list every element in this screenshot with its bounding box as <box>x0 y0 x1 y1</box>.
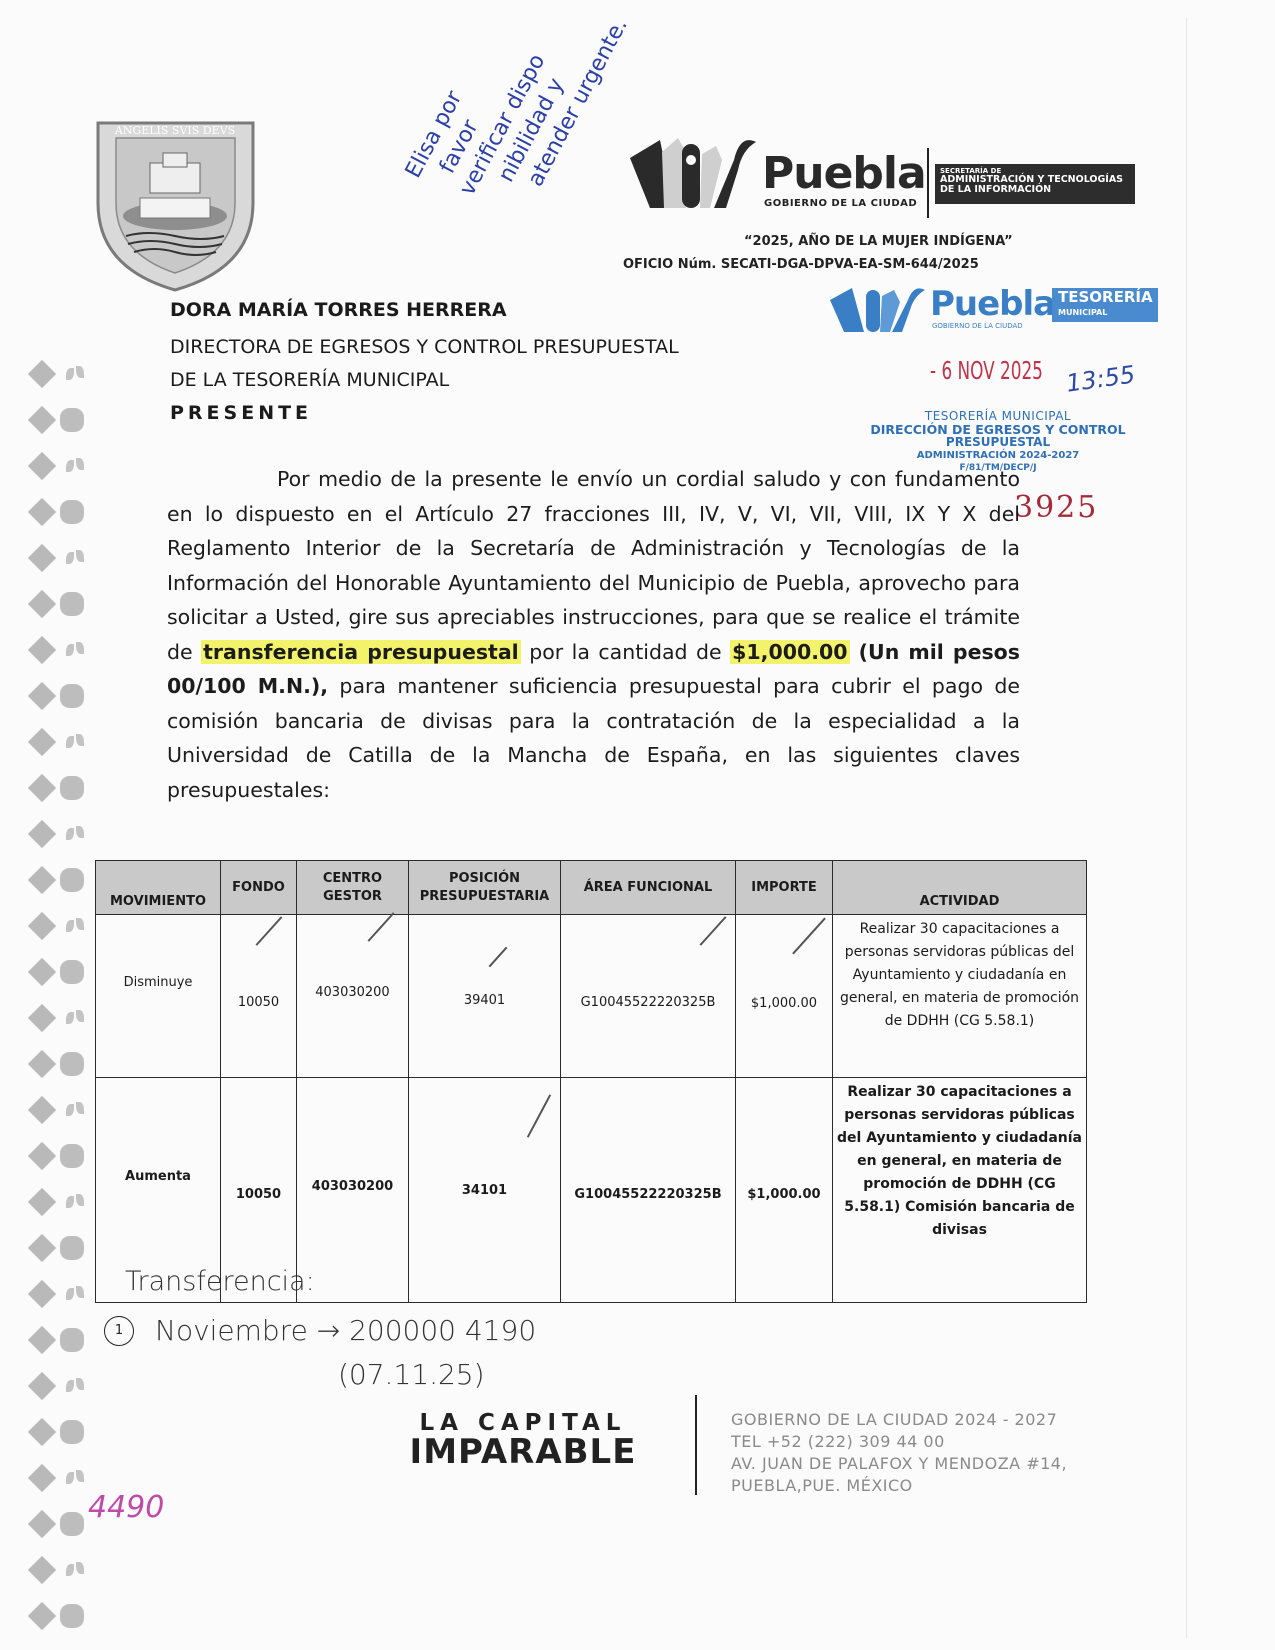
column-header: ACTIVIDAD <box>833 861 1087 915</box>
addressee-title-line2: DE LA TESORERÍA MUNICIPAL <box>170 369 449 391</box>
oficio-number: OFICIO Núm. SECATI-DGA-DPVA-EA-SM-644/20… <box>623 257 979 272</box>
cell-importe: $1,000.00 <box>736 915 833 1078</box>
year-motto: “2025, AÑO DE LA MUJER INDÍGENA” <box>744 234 1013 249</box>
logo-divider <box>927 148 929 218</box>
city-skyline-icon <box>630 130 758 210</box>
footer-contact-info: GOBIERNO DE LA CIUDAD 2024 - 2027 TEL +5… <box>731 1409 1067 1497</box>
stamp-wordmark: Puebla <box>930 284 1055 324</box>
body-text-part: por la cantidad de <box>521 640 730 664</box>
table-row: Disminuye 10050 403030200 39401 G1004552… <box>96 915 1087 1078</box>
city-skyline-stamp-icon <box>830 282 925 332</box>
column-header: MOVIMIENTO <box>96 861 221 915</box>
column-header: IMPORTE <box>736 861 833 915</box>
cell-fondo: 10050 <box>221 915 297 1078</box>
column-header: POSICIÓN PRESUPUESTARIA <box>409 861 561 915</box>
la-capital-imparable-logo: LA CAPITAL IMPARABLE <box>378 1410 668 1472</box>
footer-line: AV. JUAN DE PALAFOX Y MENDOZA #14, <box>731 1453 1067 1475</box>
budget-keys-table: MOVIMIENTO FONDO CENTRO GESTOR POSICIÓN … <box>95 860 1087 1303</box>
body-text-part: Por medio de la presente le envío un cor… <box>167 467 1020 664</box>
stamp-line: PRESUPUESTAL <box>858 436 1138 449</box>
secretaria-label: SECRETARÍA DE ADMINISTRACIÓN Y TECNOLOGÍ… <box>935 164 1135 204</box>
stamp-box-main: TESORERÍA <box>1058 290 1152 305</box>
stamp-tesoreria-box: TESORERÍA MUNICIPAL <box>1052 288 1158 322</box>
handwritten-item-number: 1 <box>104 1316 134 1346</box>
cell-posicion: 34101 <box>409 1078 561 1303</box>
svg-text:ANGELIS SVIS DEVS: ANGELIS SVIS DEVS <box>114 124 235 137</box>
cell-area-funcional: G10045522220325B <box>561 915 736 1078</box>
highlighted-amount: $1,000.00 <box>730 640 849 664</box>
slogan-bottom: IMPARABLE <box>378 1432 668 1472</box>
addressee-name: DORA MARÍA TORRES HERRERA <box>170 299 507 321</box>
page-edge <box>1186 18 1187 1638</box>
folio-number-stamp: 3925 <box>1014 490 1098 525</box>
footer-line: GOBIERNO DE LA CIUDAD 2024 - 2027 <box>731 1409 1067 1431</box>
footer-line: TEL +52 (222) 309 44 00 <box>731 1431 1067 1453</box>
handwritten-transfer-line: Noviembre → 200000 4190 <box>155 1314 536 1347</box>
footer-divider <box>695 1395 697 1495</box>
stamp-box-sub: MUNICIPAL <box>1058 305 1152 320</box>
cell-area-funcional: G10045522220325B <box>561 1078 736 1303</box>
logo-subtitle: GOBIERNO DE LA CIUDAD <box>764 198 917 209</box>
footer-line: PUEBLA,PUE. MÉXICO <box>731 1475 1067 1497</box>
cell-centro-gestor: 403030200 <box>297 915 409 1078</box>
handwritten-transfer-date: (07.11.25) <box>338 1358 485 1391</box>
handwritten-instruction-note: Elisa por favor verificar dispo nibilida… <box>400 0 635 236</box>
column-header: CENTRO GESTOR <box>297 861 409 915</box>
addressee-title-line1: DIRECTORA DE EGRESOS Y CONTROL PRESUPUES… <box>170 336 679 358</box>
stamp-line: ADMINISTRACIÓN 2024-2027 <box>858 449 1138 462</box>
cell-actividad: Realizar 30 capacitaciones a personas se… <box>833 915 1087 1078</box>
column-header: FONDO <box>221 861 297 915</box>
table-header-row: MOVIMIENTO FONDO CENTRO GESTOR POSICIÓN … <box>96 861 1087 915</box>
city-crest-icon: ANGELIS SVIS DEVS <box>88 108 263 293</box>
body-paragraph: Por medio de la presente le envío un cor… <box>167 462 1020 807</box>
received-time-handwritten: 13:55 <box>1064 360 1136 397</box>
stamp-subtitle: GOBIERNO DE LA CIUDAD <box>932 322 1023 330</box>
tesoreria-stamp-logo: Puebla GOBIERNO DE LA CIUDAD TESORERÍA M… <box>830 282 1160 338</box>
decorative-border <box>22 360 92 1630</box>
received-date-stamp: - 6 NOV 2025 <box>930 356 1043 385</box>
cell-movimiento: Disminuye <box>96 915 221 1078</box>
handwritten-margin-number: 4490 <box>88 1490 164 1525</box>
column-header: ÁREA FUNCIONAL <box>561 861 736 915</box>
cell-actividad: Realizar 30 capacitaciones a personas se… <box>833 1078 1087 1303</box>
puebla-government-logo: Puebla GOBIERNO DE LA CIUDAD SECRETARÍA … <box>630 128 1140 223</box>
cell-posicion: 39401 <box>409 915 561 1078</box>
highlighted-transfer-type: transferencia presupuestal <box>201 640 521 664</box>
logo-wordmark: Puebla <box>762 148 926 199</box>
salutation: PRESENTE <box>170 402 312 424</box>
secretaria-main: ADMINISTRACIÓN Y TECNOLOGÍAS DE LA INFOR… <box>940 175 1130 195</box>
cell-importe: $1,000.00 <box>736 1078 833 1303</box>
handwritten-transfer-title: Transferencia: <box>125 1266 315 1297</box>
